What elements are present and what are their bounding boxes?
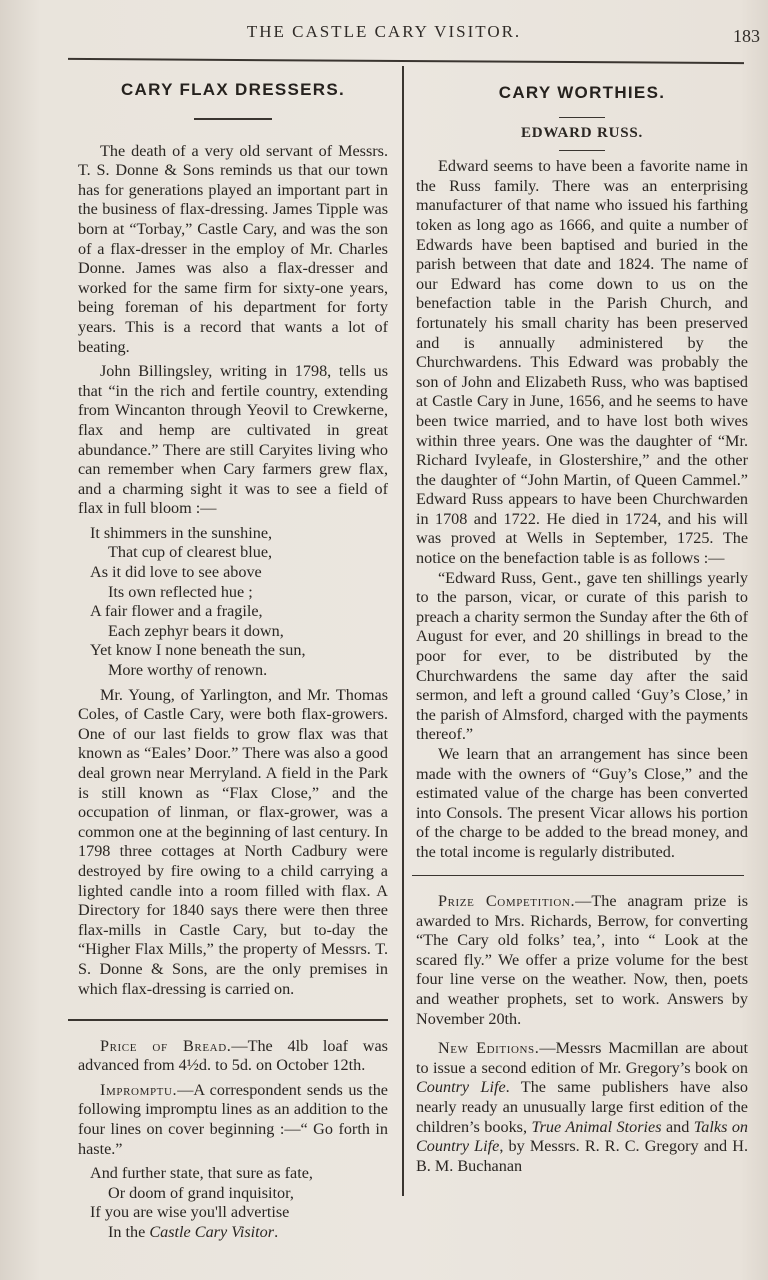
book-title: Country Life [416,1078,506,1096]
paragraph: The death of a very old servant of Messr… [78,142,388,358]
poem-line: Yet know I none beneath the sun, [78,641,388,661]
poem-line: As it did love to see above [78,563,388,583]
header-rule [68,58,744,64]
verse-line: In the Castle Cary Visitor. [78,1223,388,1243]
impromptu-verse: And further state, that sure as fate, Or… [78,1164,388,1242]
poem-line: Its own reflected hue ; [78,583,388,603]
paragraph: John Billingsley, writing in 1798, tells… [78,362,388,519]
poem-line: That cup of clearest blue, [78,543,388,563]
quotation-paragraph: “Edward Russ, Gent., gave ten shillings … [416,569,748,745]
paragraph: We learn that an arrangement has since b… [416,745,748,863]
paragraph: Mr. Young, of Yarlington, and Mr. Thomas… [78,686,388,1000]
note-heading: New Editions. [438,1039,539,1057]
note-heading: Prize Competition. [438,892,575,910]
left-column: CARY FLAX DRESSERS. The death of a very … [78,70,388,1248]
article-subtitle: EDWARD RUSS. [416,124,748,144]
book-title: True Animal Stories [531,1118,661,1136]
note-text: —The anagram prize is awarded to Mrs. Ri… [416,892,748,1028]
note-heading: Impromptu. [100,1081,177,1099]
poem-line: It shimmers in the sunshine, [78,524,388,544]
verse-line: Or doom of grand inquisitor, [78,1184,388,1204]
page-number: 183 [733,26,760,47]
article-title-cary-worthies: CARY WORTHIES. [416,83,748,103]
prize-competition-note: Prize Competition.—The anagram prize is … [416,892,748,1029]
article-title-flax-dressers: CARY FLAX DRESSERS. [78,80,388,100]
price-of-bread-note: Price of Bread.—The 4lb loaf was advance… [78,1037,388,1076]
poem-line: More worthy of renown. [78,661,388,681]
running-head: THE CASTLE CARY VISITOR. [0,22,768,42]
column-divider [402,66,404,1196]
paragraph: Edward seems to have been a favorite nam… [416,157,748,568]
note-heading: Price of Bread. [100,1037,231,1055]
publication-name: Castle Cary Visitor [149,1223,274,1241]
new-editions-note: New Editions.—Messrs Macmillan are about… [416,1039,748,1176]
poem-line: Each zephyr bears it down, [78,622,388,642]
poem-line: A fair flower and a fragile, [78,602,388,622]
verse-line: And further state, that sure as fate, [78,1164,388,1184]
impromptu-note: Impromptu.—A correspondent sends us the … [78,1081,388,1159]
right-column: CARY WORTHIES. EDWARD RUSS. Edward seems… [416,70,748,1176]
poem-flax: It shimmers in the sunshine, That cup of… [78,524,388,681]
verse-line: If you are wise you'll advertise [78,1203,388,1223]
